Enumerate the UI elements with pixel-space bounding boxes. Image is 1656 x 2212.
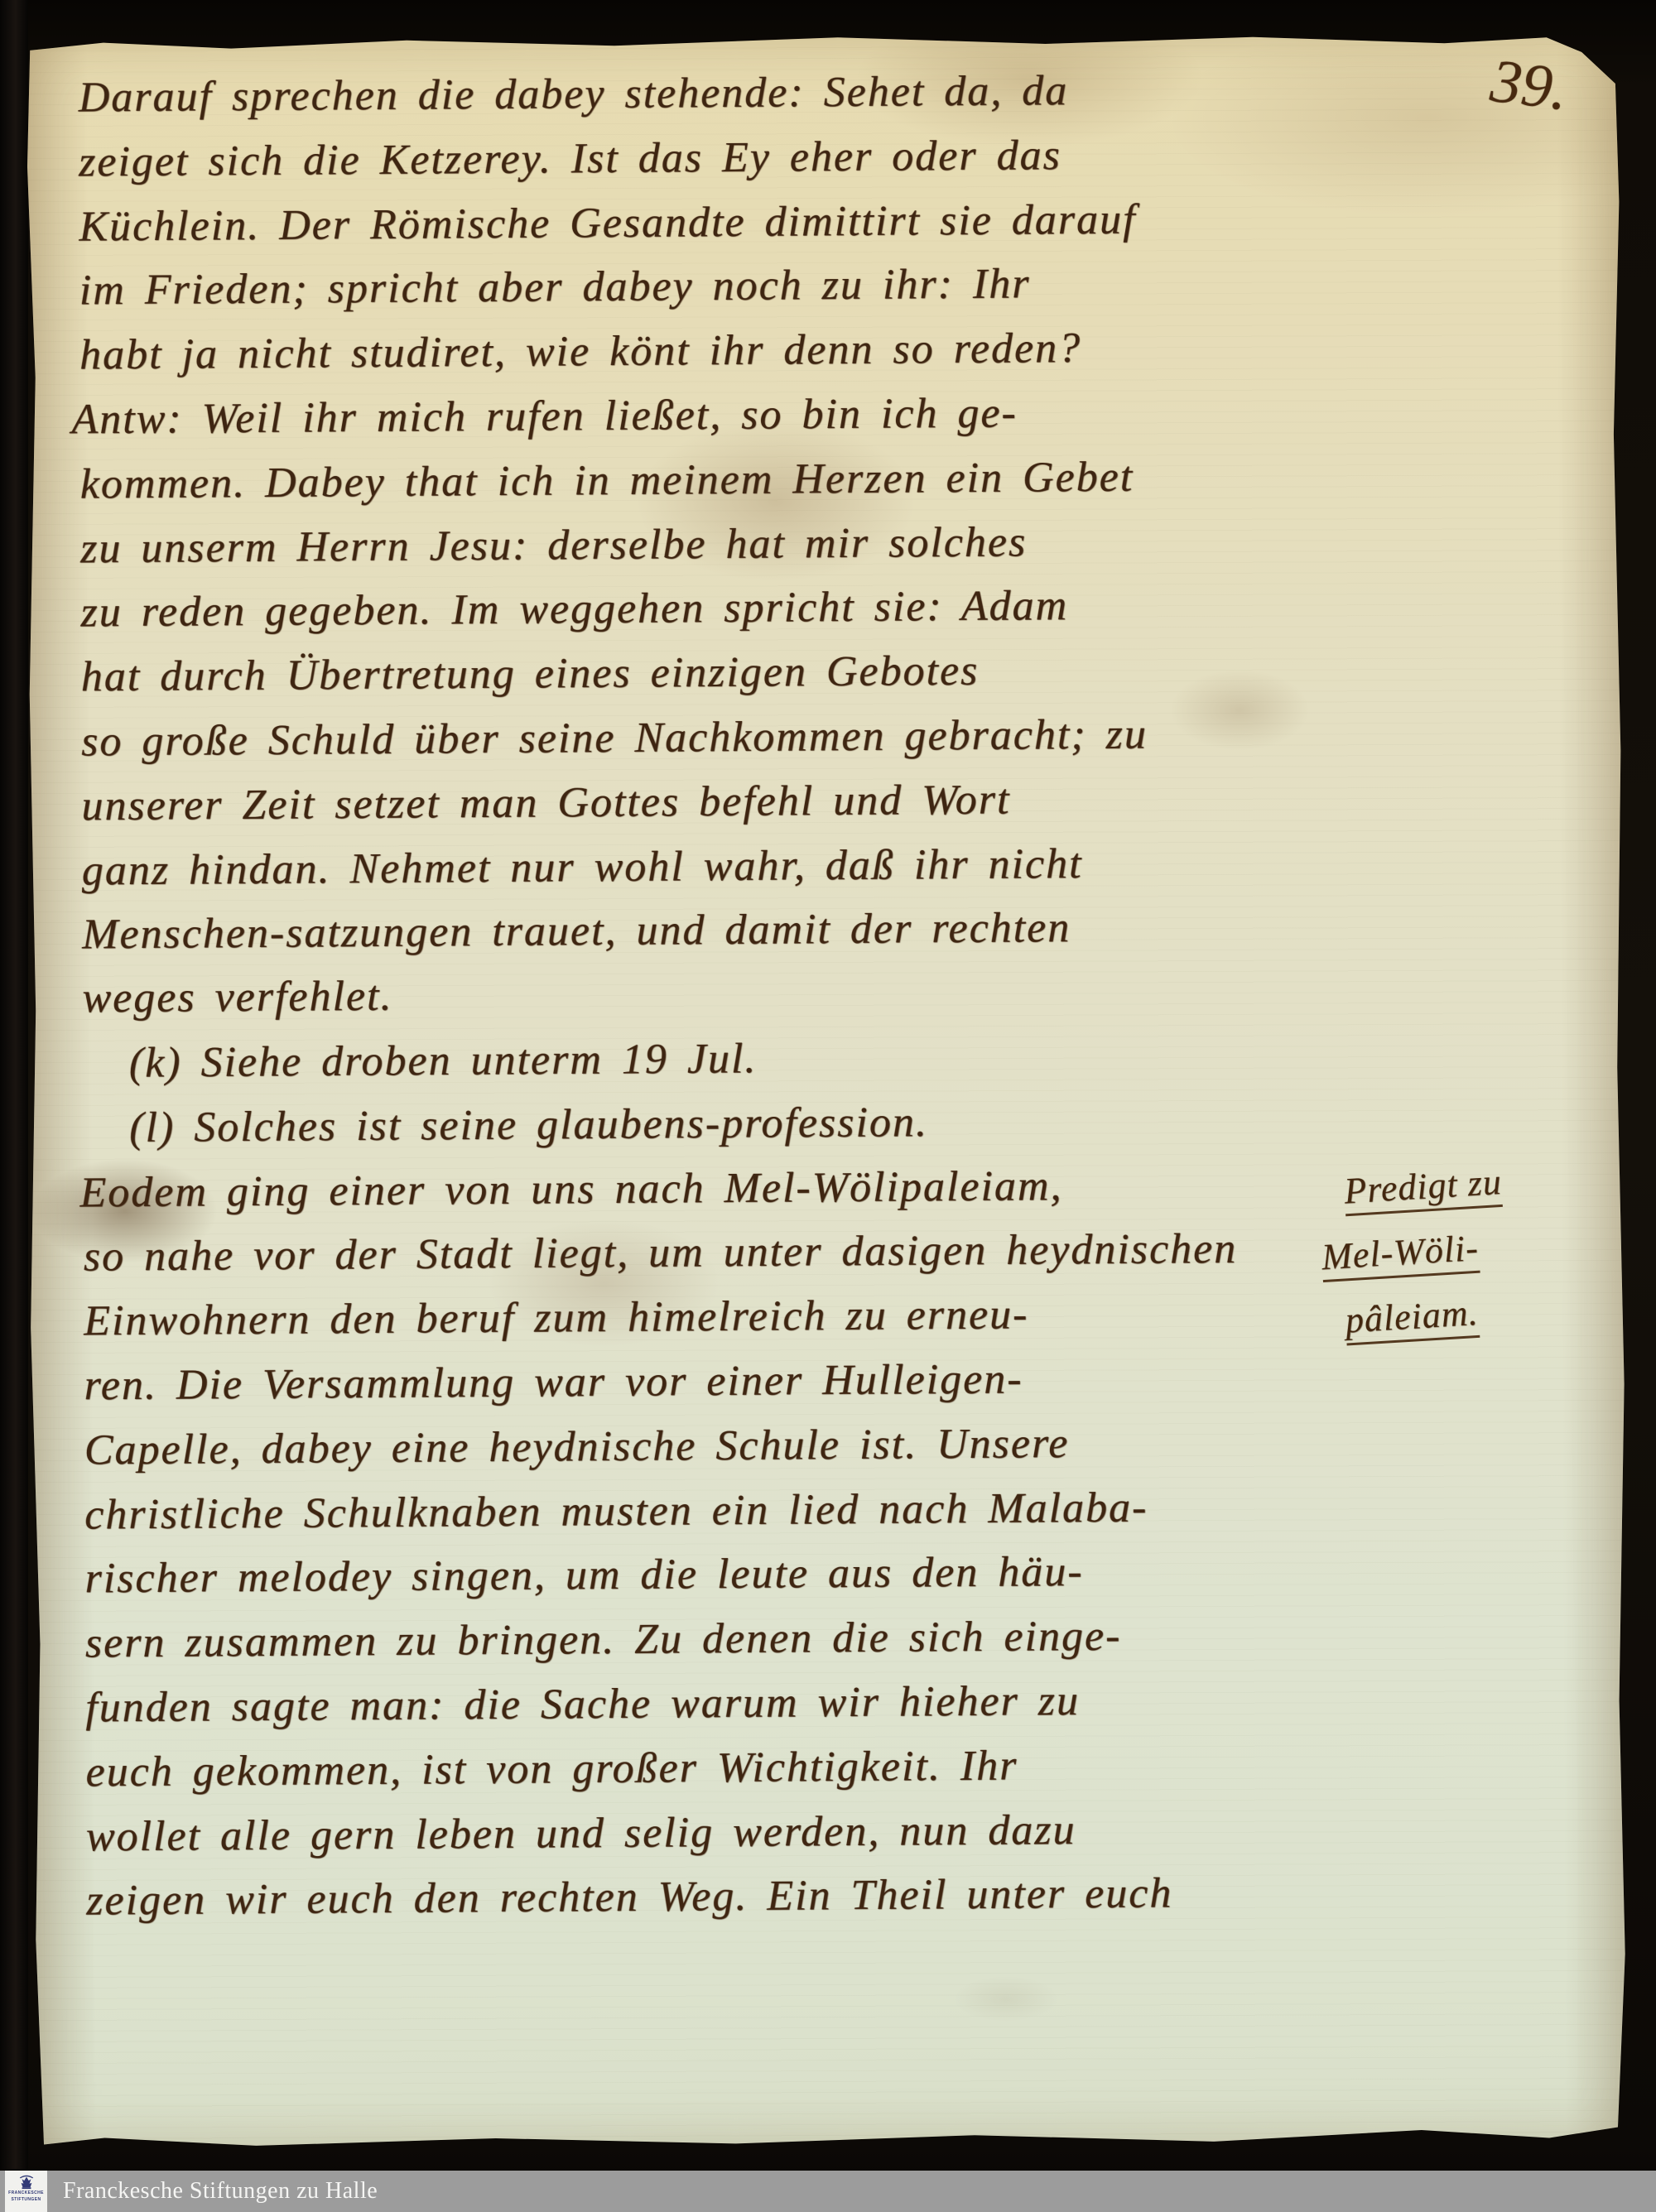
handwriting-line: ren. Die Versammlung war vor einer Hulle… (84, 1355, 1023, 1409)
handwriting-line: (k) Siehe droben unterm 19 Jul. (129, 1035, 758, 1086)
handwriting-line: Eodem ging einer von uns nach Mel-Wölipa… (79, 1162, 1062, 1216)
franckesche-stiftungen-logo: FRANCKESCHE STIFTUNGEN (5, 2171, 47, 2212)
margin-note-line: Mel-Wöli- (1321, 1230, 1480, 1282)
footer-bar: FRANCKESCHE STIFTUNGEN Franckesche Stift… (0, 2171, 1656, 2212)
margin-note: Predigt zu Mel-Wöli- pâleiam. (1312, 1157, 1620, 1368)
handwriting-line: so nahe vor der Stadt liegt, um unter da… (84, 1225, 1238, 1281)
handwriting-line: wollet alle gern leben und selig werden,… (86, 1806, 1076, 1861)
handwriting-line: Darauf sprechen die dabey stehende: Sehe… (79, 67, 1069, 122)
handwriting-line: zu unserm Herrn Jesu: derselbe hat mir s… (80, 518, 1027, 572)
handwriting-line: Einwohnern den beruf zum himelreich zu e… (84, 1291, 1029, 1345)
page-number: 39. (1488, 50, 1572, 120)
margin-note-line: pâleiam. (1345, 1295, 1480, 1346)
eagle-icon (17, 2173, 36, 2190)
handwriting-line: ganz hindan. Nehmet nur wohl wahr, daß i… (82, 840, 1083, 895)
manuscript-page: 39. Darauf sprechen die dabey stehende: … (23, 33, 1629, 2151)
handwriting-line: weges verfehlet. (82, 973, 392, 1022)
handwriting-line: Capelle, dabey eine heydnische Schule is… (84, 1420, 1070, 1474)
logo-text-line: STIFTUNGEN (12, 2197, 41, 2203)
handwriting-line: kommen. Dabey that ich in meinem Herzen … (80, 454, 1134, 508)
handwriting-line: Küchlein. Der Römische Gesandte dimittir… (79, 195, 1136, 250)
logo-text-line: FRANCKESCHE (8, 2190, 44, 2196)
handwriting-line: im Frieden; spricht aber dabey noch zu i… (79, 261, 1031, 315)
handwriting-line: funden sagte man: die Sache warum wir hi… (85, 1677, 1080, 1732)
margin-note-line: Predigt zu (1343, 1164, 1503, 1216)
handwriting-line: Menschen-satzungen trauet, und damit der… (82, 905, 1071, 959)
footer-title: Franckesche Stiftungen zu Halle (63, 2171, 378, 2212)
handwriting-line: zu reden gegeben. Im weggehen spricht si… (80, 583, 1068, 637)
handwriting-line: zeigen wir euch den rechten Weg. Ein The… (86, 1870, 1172, 1925)
book-gutter-edge (0, 0, 28, 2169)
handwriting-line: christliche Schulknaben musten ein lied … (84, 1483, 1148, 1538)
handwriting-line: rischer melodey singen, um die leute aus… (84, 1548, 1083, 1603)
handwriting-line: zeiget sich die Ketzerey. Ist das Ey ehe… (79, 132, 1061, 185)
handwriting-line: unserer Zeit setzet man Gottes befehl un… (81, 776, 1010, 829)
handwriting-line: euch gekommen, ist von großer Wichtigkei… (85, 1742, 1018, 1796)
handwriting-line: habt ja nicht studiret, wie könt ihr den… (79, 325, 1081, 379)
handwriting-line: hat durch Übertretung eines einzigen Geb… (81, 647, 980, 701)
handwriting-line: sern zusammen zu bringen. Zu denen die s… (85, 1613, 1122, 1667)
handwriting-line: Antw: Weil ihr mich rufen ließet, so bin… (71, 389, 1018, 443)
handwriting-line: (l) Solches ist seine glaubens-professio… (129, 1099, 928, 1152)
handwriting-line: so große Schuld über seine Nachkommen ge… (81, 711, 1148, 766)
